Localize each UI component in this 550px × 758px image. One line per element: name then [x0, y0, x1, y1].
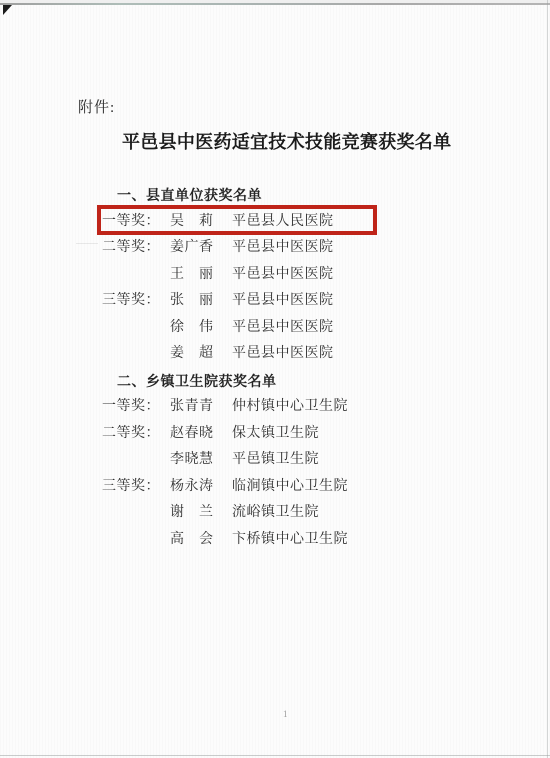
- scan-corner-mark: [3, 5, 12, 15]
- award-row: 二等奖：赵春晓保太镇卫生院: [0, 421, 550, 448]
- winner-name: 张 丽: [170, 288, 232, 315]
- winner-name: 谢 兰: [170, 500, 232, 527]
- winner-name: 杨永涛: [170, 474, 232, 501]
- scan-top-edge-line: [0, 3, 550, 5]
- page-number: 1: [283, 709, 288, 719]
- winner-organization: 平邑县中医医院: [232, 240, 334, 255]
- award-row: 高 会卞桥镇中心卫生院: [0, 527, 550, 554]
- winner-organization: 仲村镇中心卫生院: [232, 399, 348, 414]
- prize-label: 二等奖：: [102, 421, 170, 448]
- prize-label: 一等奖：: [102, 394, 170, 421]
- award-row: 姜 超平邑县中医医院: [0, 341, 550, 368]
- award-row: 一等奖：张青青仲村镇中心卫生院: [0, 394, 550, 421]
- section-heading-township-clinics: 二、乡镇卫生院获奖名单: [0, 368, 550, 395]
- award-row: 李晓慧平邑镇卫生院: [0, 447, 550, 474]
- prize-label: 一等奖：: [102, 209, 170, 236]
- winner-name: 姜广香: [170, 235, 232, 262]
- winner-name: 吴 莉: [170, 209, 232, 236]
- award-row: 王 丽平邑县中医医院: [0, 262, 550, 289]
- prize-label: 三等奖：: [102, 474, 170, 501]
- winner-organization: 平邑镇卫生院: [232, 452, 319, 467]
- document-body: 一、县直单位获奖名单 一等奖：吴 莉平邑县人民医院 二等奖：姜广香平邑县中医医院…: [0, 182, 550, 553]
- winner-organization: 卞桥镇中心卫生院: [232, 532, 348, 547]
- winner-organization: 平邑县中医医院: [232, 346, 334, 361]
- attachment-label: 附件:: [78, 96, 115, 117]
- award-row: 二等奖：姜广香平邑县中医医院: [0, 235, 550, 262]
- winner-organization: 平邑县中医医院: [232, 267, 334, 282]
- winner-organization: 平邑县人民医院: [232, 214, 334, 229]
- section-heading-county-units: 一、县直单位获奖名单: [0, 182, 550, 209]
- prize-label: 二等奖：: [102, 235, 170, 262]
- winner-organization: 平邑县中医医院: [232, 293, 334, 308]
- award-row: 徐 伟平邑县中医医院: [0, 315, 550, 342]
- winner-name: 王 丽: [170, 262, 232, 289]
- scan-bottom-edge-line: [0, 755, 550, 756]
- winner-organization: 流峪镇卫生院: [232, 505, 319, 520]
- winner-name: 李晓慧: [170, 447, 232, 474]
- winner-organization: 临涧镇中心卫生院: [232, 479, 348, 494]
- prize-label: 三等奖：: [102, 288, 170, 315]
- award-row: 三等奖：张 丽平邑县中医医院: [0, 288, 550, 315]
- award-row: 谢 兰流峪镇卫生院: [0, 500, 550, 527]
- winner-name: 高 会: [170, 527, 232, 554]
- award-row-first-prize-county: 一等奖：吴 莉平邑县人民医院: [0, 209, 550, 236]
- winner-organization: 保太镇卫生院: [232, 426, 319, 441]
- winner-name: 姜 超: [170, 341, 232, 368]
- document-title: 平邑县中医药适宜技术技能竞赛获奖名单: [0, 128, 550, 154]
- winner-organization: 平邑县中医医院: [232, 320, 334, 335]
- award-row: 三等奖：杨永涛临涧镇中心卫生院: [0, 474, 550, 501]
- winner-name: 徐 伟: [170, 315, 232, 342]
- winner-name: 赵春晓: [170, 421, 232, 448]
- scanned-document-page: 附件: 平邑县中医药适宜技术技能竞赛获奖名单 一、县直单位获奖名单 一等奖：吴 …: [0, 0, 550, 758]
- winner-name: 张青青: [170, 394, 232, 421]
